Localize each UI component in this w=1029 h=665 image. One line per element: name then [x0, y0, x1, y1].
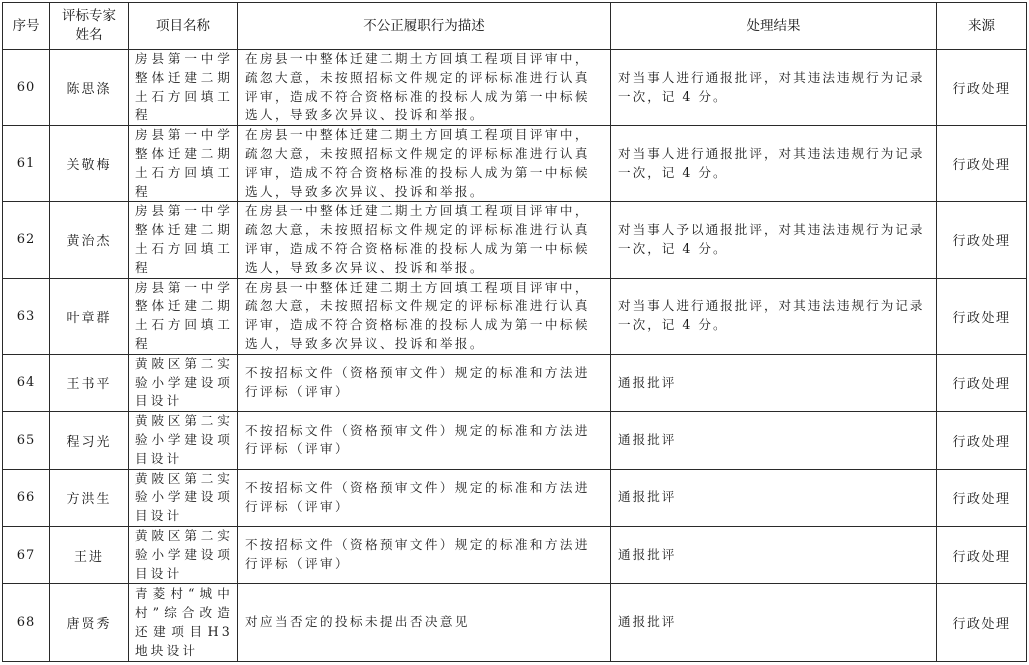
cell-description: 不按招标文件（资格预审文件）规定的标准和方法进行评标（评审）: [238, 469, 611, 526]
cell-result: 对当事人进行通报批评，对其违法违规行为记录一次，记 4 分。: [611, 126, 937, 202]
header-result: 处理结果: [611, 3, 937, 50]
cell-expert-name: 唐贤秀: [50, 584, 129, 662]
cell-expert-name: 方洪生: [50, 469, 129, 526]
cell-project: 房县第一中学整体迁建二期土石方回填工程: [129, 278, 238, 354]
cell-source: 行政处理: [937, 412, 1027, 469]
cell-description: 对应当否定的投标未提出否决意见: [238, 584, 611, 662]
table-row: 66 方洪生 黄陂区第二实验小学建设项目设计 不按招标文件（资格预审文件）规定的…: [3, 469, 1027, 526]
cell-description: 在房县一中整体迁建二期土方回填工程项目评审中，疏忽大意，未按照招标文件规定的评标…: [238, 126, 611, 202]
cell-result: 通报批评: [611, 354, 937, 411]
cell-expert-name: 黄治杰: [50, 202, 129, 278]
header-description: 不公正履职行为描述: [238, 3, 611, 50]
table-row: 64 王书平 黄陂区第二实验小学建设项目设计 不按招标文件（资格预审文件）规定的…: [3, 354, 1027, 411]
table-row: 62 黄治杰 房县第一中学整体迁建二期土石方回填工程 在房县一中整体迁建二期土方…: [3, 202, 1027, 278]
header-expert-name: 评标专家姓名: [50, 3, 129, 50]
cell-no: 61: [3, 126, 50, 202]
cell-description: 在房县一中整体迁建二期土方回填工程项目评审中，疏忽大意，未按照招标文件规定的评标…: [238, 50, 611, 126]
cell-no: 63: [3, 278, 50, 354]
cell-result: 通报批评: [611, 584, 937, 662]
cell-no: 68: [3, 584, 50, 662]
cell-no: 66: [3, 469, 50, 526]
cell-result: 通报批评: [611, 412, 937, 469]
cell-result: 通报批评: [611, 469, 937, 526]
cell-expert-name: 王书平: [50, 354, 129, 411]
cell-project: 房县第一中学整体迁建二期土石方回填工程: [129, 202, 238, 278]
cell-source: 行政处理: [937, 278, 1027, 354]
cell-no: 64: [3, 354, 50, 411]
cell-source: 行政处理: [937, 584, 1027, 662]
cell-no: 67: [3, 526, 50, 583]
cell-project: 黄陂区第二实验小学建设项目设计: [129, 469, 238, 526]
header-source: 来源: [937, 3, 1027, 50]
cell-description: 在房县一中整体迁建二期土方回填工程项目评审中，疏忽大意，未按照招标文件规定的评标…: [238, 278, 611, 354]
cell-project: 黄陂区第二实验小学建设项目设计: [129, 526, 238, 583]
table-row: 61 关敬梅 房县第一中学整体迁建二期土石方回填工程 在房县一中整体迁建二期土方…: [3, 126, 1027, 202]
cell-source: 行政处理: [937, 126, 1027, 202]
cell-expert-name: 王进: [50, 526, 129, 583]
header-expert-name-label: 评标专家姓名: [62, 8, 116, 43]
cell-no: 65: [3, 412, 50, 469]
cell-description: 不按招标文件（资格预审文件）规定的标准和方法进行评标（评审）: [238, 526, 611, 583]
cell-result: 对当事人予以通报批评，对其违法违规行为记录一次，记 4 分。: [611, 202, 937, 278]
cell-project: 房县第一中学整体迁建二期土石方回填工程: [129, 126, 238, 202]
cell-project: 黄陂区第二实验小学建设项目设计: [129, 412, 238, 469]
cell-result: 对当事人进行通报批评，对其违法违规行为记录一次，记 4 分。: [611, 278, 937, 354]
cell-description: 在房县一中整体迁建二期土方回填工程项目评审中，疏忽大意，未按照招标文件规定的评标…: [238, 202, 611, 278]
cell-description: 不按招标文件（资格预审文件）规定的标准和方法进行评标（评审）: [238, 412, 611, 469]
cell-source: 行政处理: [937, 469, 1027, 526]
table-header-row: 序号 评标专家姓名 项目名称 不公正履职行为描述 处理结果 来源: [3, 3, 1027, 50]
cell-result: 通报批评: [611, 526, 937, 583]
cell-result: 对当事人进行通报批评，对其违法违规行为记录一次，记 4 分。: [611, 50, 937, 126]
cell-source: 行政处理: [937, 354, 1027, 411]
cell-project: 青菱村“城中村”综合改造还建项目H3地块设计: [129, 584, 238, 662]
header-no: 序号: [3, 3, 50, 50]
cell-source: 行政处理: [937, 202, 1027, 278]
table-row: 67 王进 黄陂区第二实验小学建设项目设计 不按招标文件（资格预审文件）规定的标…: [3, 526, 1027, 583]
cell-expert-name: 程习光: [50, 412, 129, 469]
table-row: 68 唐贤秀 青菱村“城中村”综合改造还建项目H3地块设计 对应当否定的投标未提…: [3, 584, 1027, 662]
header-project: 项目名称: [129, 3, 238, 50]
cell-no: 62: [3, 202, 50, 278]
cell-project: 房县第一中学整体迁建二期土石方回填工程: [129, 50, 238, 126]
expert-misconduct-table: 序号 评标专家姓名 项目名称 不公正履职行为描述 处理结果 来源 60 陈思涤 …: [2, 2, 1027, 662]
cell-source: 行政处理: [937, 526, 1027, 583]
cell-project: 黄陂区第二实验小学建设项目设计: [129, 354, 238, 411]
cell-source: 行政处理: [937, 50, 1027, 126]
cell-expert-name: 叶章群: [50, 278, 129, 354]
cell-no: 60: [3, 50, 50, 126]
cell-expert-name: 关敬梅: [50, 126, 129, 202]
cell-description: 不按招标文件（资格预审文件）规定的标准和方法进行评标（评审）: [238, 354, 611, 411]
table-row: 60 陈思涤 房县第一中学整体迁建二期土石方回填工程 在房县一中整体迁建二期土方…: [3, 50, 1027, 126]
table-row: 63 叶章群 房县第一中学整体迁建二期土石方回填工程 在房县一中整体迁建二期土方…: [3, 278, 1027, 354]
cell-expert-name: 陈思涤: [50, 50, 129, 126]
table-row: 65 程习光 黄陂区第二实验小学建设项目设计 不按招标文件（资格预审文件）规定的…: [3, 412, 1027, 469]
